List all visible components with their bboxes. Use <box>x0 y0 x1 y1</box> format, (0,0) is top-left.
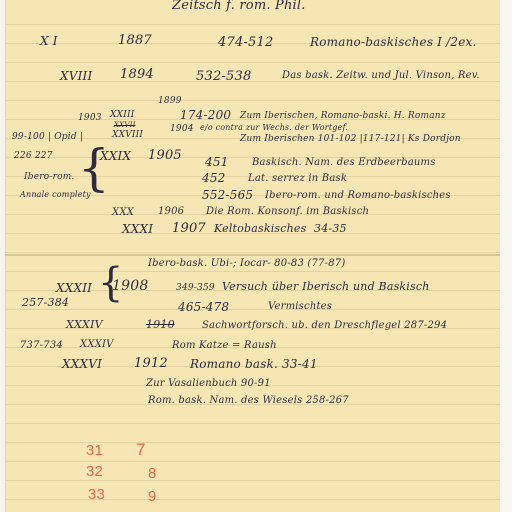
volume-label: XXVIII <box>112 130 143 140</box>
entry-text: Zum Iberischen, Romano-baski. H. Romanz <box>240 111 446 121</box>
entry-text: Keltobaskisches <box>214 222 306 235</box>
volume-label: X I <box>40 34 58 48</box>
margin-note: Ibero-rom. <box>24 172 75 182</box>
volume-label: XXIII <box>110 110 134 120</box>
entry-text: Rom Katze = Raush <box>172 340 277 351</box>
red-number: 9 <box>148 488 157 505</box>
year: 1894 <box>120 67 154 82</box>
entry-text: Romano bask. 33-41 <box>190 357 318 371</box>
entry-text: e/o contra zur Wechs. der Wortgef. <box>200 123 348 132</box>
volume-label: XXXI <box>122 222 153 236</box>
volume-label: XXXVI <box>62 357 102 371</box>
red-number: 33 <box>88 486 105 503</box>
volume-label: XVIII <box>60 69 92 83</box>
entry-text: Vermischtes <box>268 301 332 312</box>
entry-text: Sachwortforsch. ub. den Dreschflegel 287… <box>202 320 447 331</box>
pages: 451 <box>205 155 229 169</box>
margin-note: 257-384 <box>22 296 69 309</box>
entry-text: Baskisch. Nam. des Erdbeerbaums <box>252 157 436 168</box>
volume-label: XXXIV <box>66 318 103 331</box>
year: 1908 <box>112 278 148 294</box>
volume-label: XXXIV <box>80 339 114 350</box>
pages: 452 <box>202 171 226 185</box>
margin-note: 737-734 <box>20 340 63 351</box>
pages: 34-35 <box>314 222 347 235</box>
entry-text: Zur Vasalienbuch 90-91 <box>146 378 271 389</box>
entry-text: Das bask. Zeitw. und Jul. Vinson, Rev. <box>282 70 480 81</box>
red-number: 8 <box>148 465 157 482</box>
year-struck: 1910 <box>146 318 175 331</box>
entry-text: Lat. serrez in Bask <box>248 173 347 184</box>
red-number: 32 <box>86 463 103 480</box>
entry-text: Rom. bask. Nam. des Wiesels 258-267 <box>148 395 349 406</box>
pages: 465-478 <box>178 300 229 314</box>
year: 1899 <box>158 96 182 106</box>
entry-text: Versuch über Iberisch und Baskisch <box>222 280 430 293</box>
volume-label: XXX <box>112 207 134 218</box>
year: 1887 <box>118 33 152 48</box>
pages: 474-512 <box>218 35 273 50</box>
year: 1904 <box>170 124 194 134</box>
entry-text: Romano-baskisches I /2ex. <box>310 35 477 49</box>
volume-label: XXIX <box>100 149 131 163</box>
year: 1906 <box>158 206 184 217</box>
pages: 349-359 <box>176 283 215 293</box>
year: 1907 <box>172 221 206 236</box>
red-number: 7 <box>136 440 146 460</box>
red-number: 31 <box>86 442 103 459</box>
pages: 532-538 <box>196 69 251 84</box>
year: 1905 <box>148 148 182 163</box>
document-title: Zeitsch f. rom. Phil. <box>172 0 306 13</box>
pages: 552-565 <box>202 188 253 202</box>
year: 1912 <box>134 356 168 371</box>
background-edge <box>500 0 512 512</box>
entry-text: Die Rom. Konsonf. im Baskisch <box>206 206 369 217</box>
volume-label: XXXII <box>56 281 92 295</box>
paper-fold-line <box>5 254 501 256</box>
entry-text: Ibero-rom. und Romano-baskisches <box>265 190 451 201</box>
margin-note: 99-100 | Opid | <box>12 132 83 142</box>
pages: 174-200 <box>180 108 231 122</box>
margin-note: 1903 <box>78 113 102 123</box>
entry-text: Zum Iberischen 101-102 |117-121| Ks Dord… <box>240 134 461 144</box>
entry-text: Ibero-bask. Ubi-; Iocar- 80-83 (77-87) <box>148 258 345 269</box>
margin-note: 226 227 <box>14 151 53 161</box>
volume-label-struck: XXVII <box>114 121 136 129</box>
